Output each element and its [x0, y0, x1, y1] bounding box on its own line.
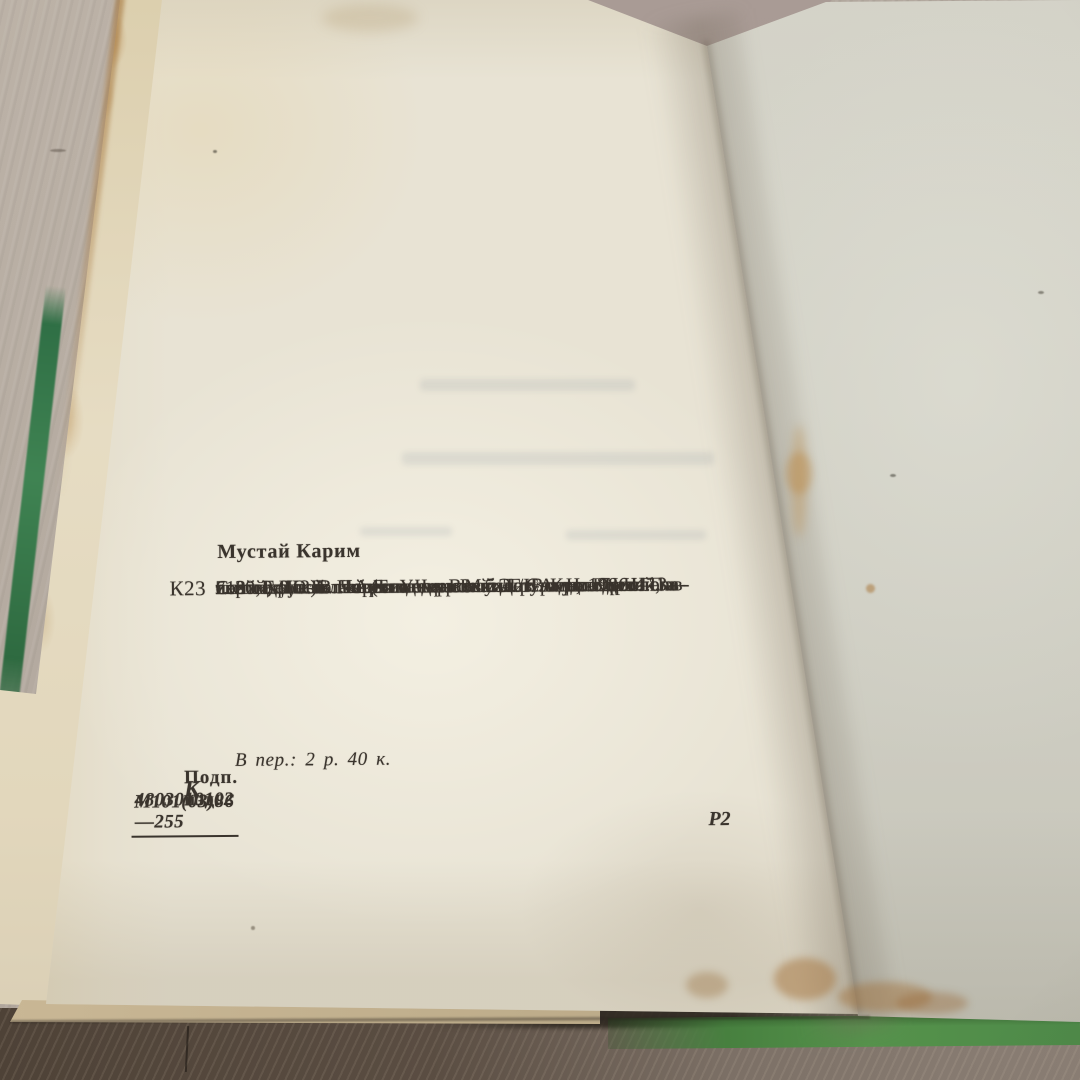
book-photo: Мустай Карим К23 Радость нашего дома. Ры…	[0, 0, 1080, 1080]
catalog-code: К23	[169, 576, 206, 601]
bibliographic-entry: Радость нашего дома. Рыбаков А. Н. Корти…	[216, 573, 726, 577]
imprint-note: Подп. изд.	[184, 767, 238, 811]
imprint-text-block: Мустай Карим К23 Радость нашего дома. Ры…	[0, 0, 1080, 1080]
bib-line: т. 30, кн. 2).	[216, 576, 323, 600]
category-code: Р2	[708, 808, 730, 831]
author-name: Мустай Карим	[217, 540, 361, 564]
price-line: В пер.: 2 р. 40 к.	[235, 749, 391, 772]
